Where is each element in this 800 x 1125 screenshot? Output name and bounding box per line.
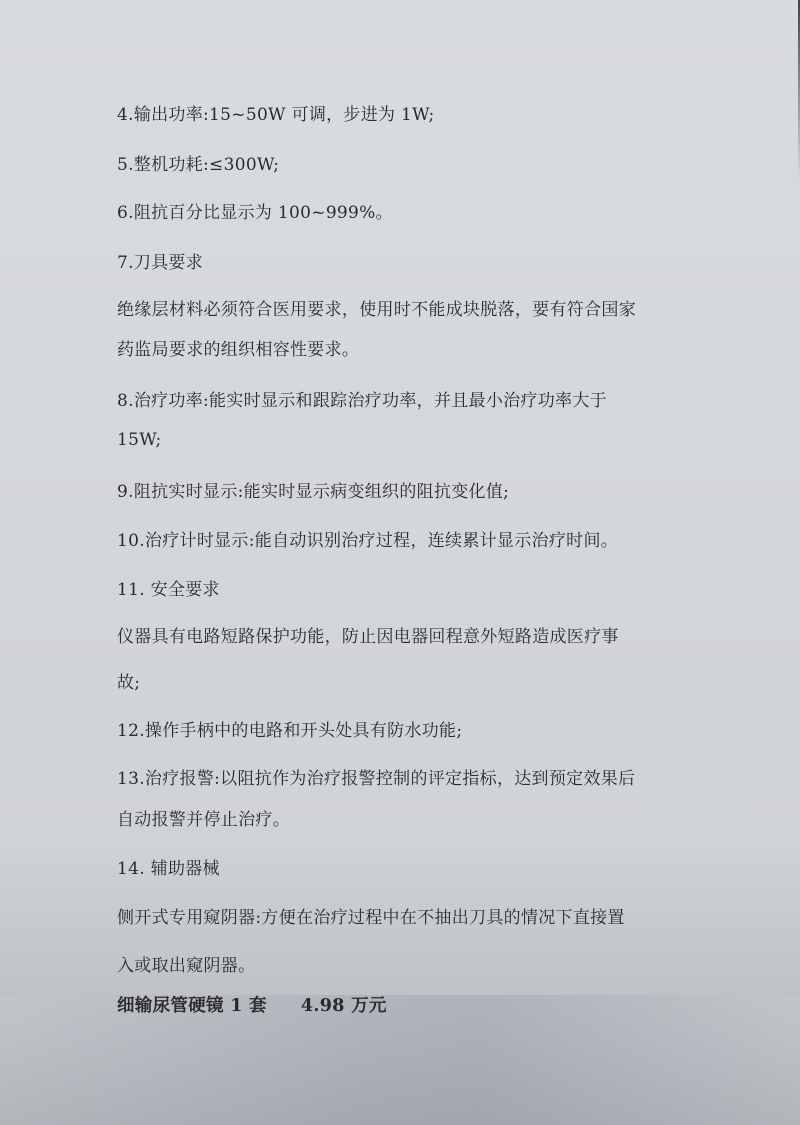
paragraph-line: 自动报警并停止治疗。 [117,809,290,831]
spec-item-8: 8.治疗功率:能实时显示和跟踪治疗功率，并且最小治疗功率大于 [117,390,607,412]
paragraph-line: 侧开式专用窥阴器:方便在治疗过程中在不抽出刀具的情况下直接置 [117,907,625,929]
paragraph-line: 15W; [117,429,162,451]
spec-item-12: 12.操作手柄中的电路和开头处具有防水功能; [117,720,462,742]
item-price: 4.98 万元 [301,995,387,1017]
spec-item-5: 5.整机功耗:≤300W; [117,154,279,176]
paragraph-line: 故; [117,672,140,694]
spec-item-9: 9.阻抗实时显示:能实时显示病变组织的阻抗变化值; [117,481,509,503]
section-heading-11: 11. 安全要求 [117,579,220,601]
section-heading-7: 7.刀具要求 [117,252,203,274]
paragraph-line: 入或取出窥阴器。 [117,955,255,977]
item-name: 细输尿管硬镜 1 套 [117,996,267,1016]
spec-item-10: 10.治疗计时显示:能自动识别治疗过程，连续累计显示治疗时间。 [117,530,618,552]
paragraph-line: 仪器具有电路短路保护功能，防止因电器回程意外短路造成医疗事 [117,626,619,648]
paragraph-line: 绝缘层材料必须符合医用要求，使用时不能成块脱落，要有符合国家 [117,299,636,321]
section-heading-14: 14. 辅助器械 [117,858,220,880]
spec-item-13: 13.治疗报警:以阻抗作为治疗报警控制的评定指标，达到预定效果后 [117,768,635,790]
spec-item-6: 6.阻抗百分比显示为 100~999%。 [117,202,393,224]
price-line: 细输尿管硬镜 1 套4.98 万元 [117,995,387,1017]
paragraph-line: 药监局要求的组织相容性要求。 [117,339,359,361]
spec-item-4: 4.输出功率:15~50W 可调，步进为 1W; [117,104,434,126]
